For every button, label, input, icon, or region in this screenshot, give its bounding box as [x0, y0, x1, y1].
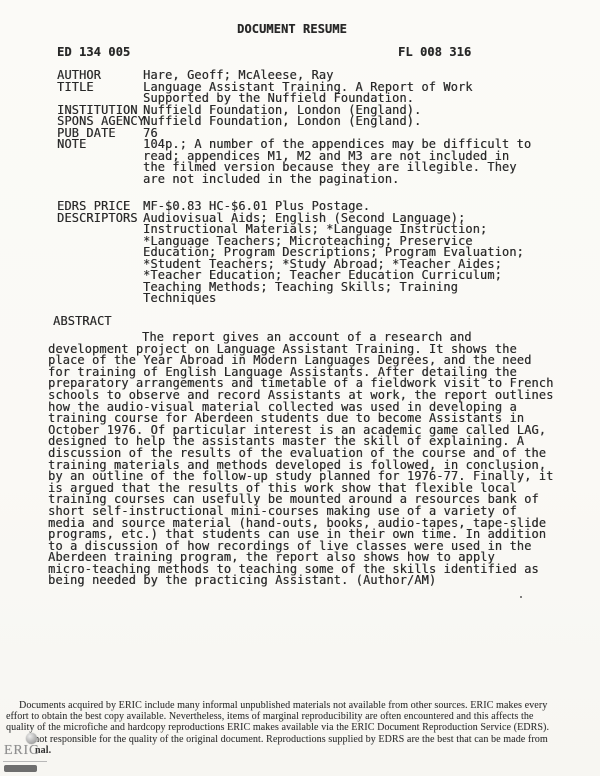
field-label: TITLE: [57, 82, 143, 94]
document-resume-page: DOCUMENT RESUME ED 134 005 FL 008 316 AU…: [0, 0, 600, 776]
abstract-text: The report gives an account of a researc…: [48, 332, 568, 587]
eric-logo: ERIC: [3, 732, 67, 776]
field-value: Audiovisual Aids; English (Second Langua…: [143, 213, 524, 305]
field-label: NOTE: [57, 139, 143, 151]
eric-logo-underline: [3, 761, 47, 762]
abstract-line: being needed by the practicing Assistant…: [48, 575, 568, 587]
field-row: NOTE104p.; A number of the appendices ma…: [57, 139, 531, 185]
field-value: Language Assistant Training. A Report of…: [143, 82, 473, 105]
field-value-line: Techniques: [143, 293, 524, 305]
availability-fields: EDRS PRICEMF-$0.83 HC-$6.01 Plus Postage…: [57, 201, 524, 305]
scan-artifact-speck: [520, 596, 522, 598]
eric-reproduction-notice: Documents acquired by ERIC include many …: [6, 700, 594, 745]
footer-line: quality of the microfiche and hardcopy r…: [6, 722, 594, 733]
field-value: Nuffield Foundation, London (England).: [143, 116, 421, 128]
page-title: DOCUMENT RESUME: [237, 24, 347, 36]
footer-line: Documents acquired by ERIC include many …: [6, 700, 594, 711]
field-value-line: Nuffield Foundation, London (England).: [143, 116, 421, 128]
abstract-label: ABSTRACT: [53, 316, 112, 328]
footer-line: effort to obtain the best copy available…: [6, 711, 594, 722]
field-row: DESCRIPTORSAudiovisual Aids; English (Se…: [57, 213, 524, 305]
field-value-line: are not included in the pagination.: [143, 174, 531, 186]
clearinghouse-number: FL 008 316: [398, 47, 471, 59]
bibliographic-fields: AUTHORHare, Geoff; McAleese, RayTITLELan…: [57, 70, 531, 185]
field-label: DESCRIPTORS: [57, 213, 143, 225]
field-row: SPONS AGENCYNuffield Foundation, London …: [57, 116, 531, 128]
footer-line: , not responsible for the quality of the…: [6, 734, 594, 745]
field-row: TITLELanguage Assistant Training. A Repo…: [57, 82, 531, 105]
ed-accession-number: ED 134 005: [57, 47, 130, 59]
field-value: 104p.; A number of the appendices may be…: [143, 139, 531, 185]
eric-logo-tagline-box: [4, 765, 37, 772]
eric-logo-wordmark: ERIC: [4, 744, 39, 758]
